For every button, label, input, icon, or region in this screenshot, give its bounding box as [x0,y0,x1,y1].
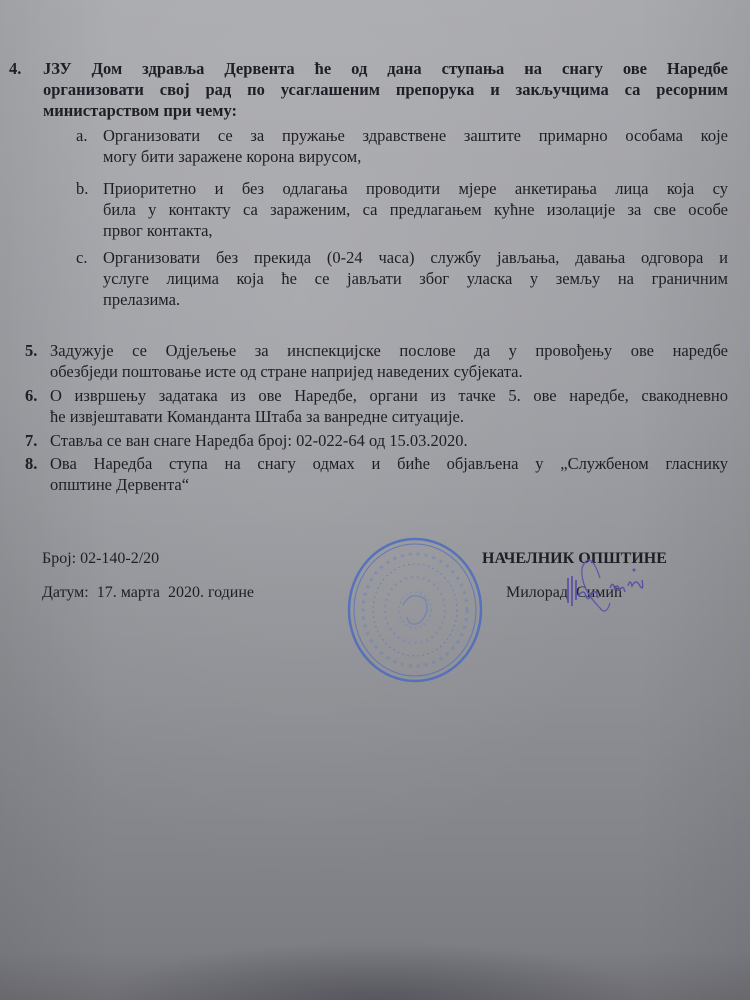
bottom-shadow [100,940,650,1000]
signature-icon [560,548,655,618]
document-number: Број: 02-140-2/20 [42,550,159,568]
item-line: општине Дервента“ [50,474,728,495]
item-line: ће извјештавати Команданта Штаба за ванр… [50,406,728,427]
document-date: Датум: 17. марта 2020. године [42,584,254,602]
item-text: Ова Наредба ступа на снагу одмах и биће … [50,453,728,495]
subitem-line: Приоритетно и без одлагања проводити мје… [103,178,728,199]
subitem-text: Организовати без прекида (0-24 часа) слу… [103,247,728,310]
item-line: Задужује се Одјељење за инспекцијске пос… [50,340,728,361]
subitem-letter: a. [76,125,87,146]
item-number: 5. [25,340,37,361]
item-number: 4. [9,58,21,79]
subitem-letter: c. [76,247,87,268]
subitem-text: Приоритетно и без одлагања проводити мје… [103,178,728,241]
subitem-line: Организовати се за пружање здравствене з… [103,125,728,146]
subitem-line: услуге лицима која ће се јављати због ул… [103,268,728,289]
subitem-line: првог контакта, [103,220,728,241]
item-text: О извршењу задатака из ове Наредбе, орга… [50,385,728,427]
item-line: О извршењу задатака из ове Наредбе, орга… [50,385,728,406]
subitem-line: Организовати без прекида (0-24 часа) слу… [103,247,728,268]
item-line: Ова Наредба ступа на снагу одмах и биће … [50,453,728,474]
subitem-line: прелазима. [103,289,728,310]
item-text: Задужује се Одјељење за инспекцијске пос… [50,340,728,382]
subitem-letter: b. [76,178,88,199]
document-page: 4. ЈЗУ Дом здравља Дервента ће од дана с… [0,0,750,1000]
item-number: 6. [25,385,37,406]
item-text: ЈЗУ Дом здравља Дервента ће од дана ступ… [43,58,728,121]
official-stamp-icon [345,535,485,685]
item-line: обезбједи поштовање исте од стране напри… [50,361,728,382]
subitem-text: Организовати се за пружање здравствене з… [103,125,728,167]
item-line: ЈЗУ Дом здравља Дервента ће од дана ступ… [43,58,728,79]
item-line: Ставља се ван снаге Наредба број: 02-022… [50,430,728,451]
subitem-line: могу бити заражене корона вирусом, [103,146,728,167]
item-line: министарством при чему: [43,100,728,121]
item-line: организовати свој рад по усаглашеним пре… [43,79,728,100]
subitem-line: била у контакту са зараженим, са предлаг… [103,199,728,220]
item-text: Ставља се ван снаге Наредба број: 02-022… [50,430,728,451]
item-number: 7. [25,430,37,451]
item-number: 8. [25,453,37,474]
